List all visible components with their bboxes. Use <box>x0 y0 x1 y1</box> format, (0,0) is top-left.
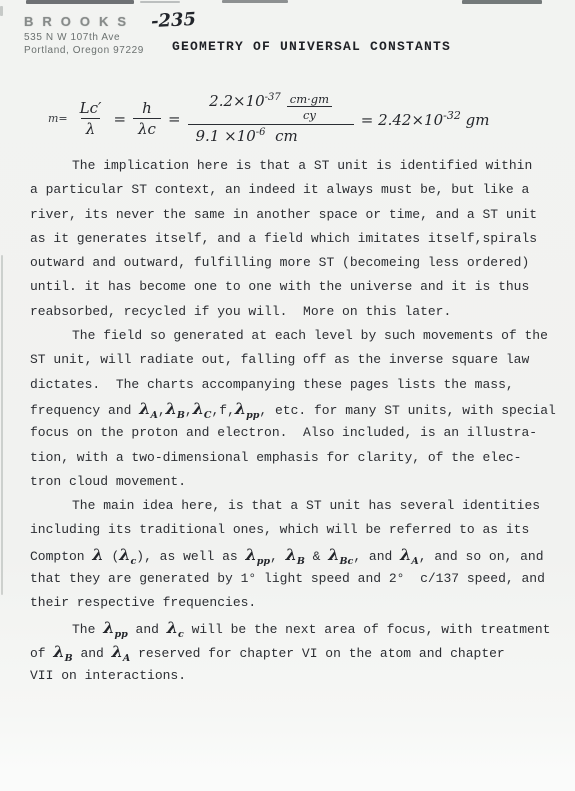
result-unit: gm <box>466 111 490 129</box>
unit-numerator: cm·gm <box>287 92 332 107</box>
stamp-address-line2: Portland, Oregon 97229 <box>24 44 196 57</box>
typewritten-line: including its traditional ones, which wi… <box>30 522 550 546</box>
typewritten-line: The main idea here, is that a ST unit ha… <box>30 498 550 522</box>
fraction-numerator: Lc′ <box>75 99 107 118</box>
scan-artifact-top-bar <box>26 0 134 4</box>
scan-artifact-top-bar <box>222 0 288 3</box>
fraction-denominator: λc <box>133 118 161 138</box>
lambda-symbol: λpp <box>103 618 128 637</box>
typewritten-line: river, its never the same in another spa… <box>30 207 550 231</box>
fraction-numerator: 2.2×10-37 cm·gm cy <box>203 92 338 124</box>
typewritten-line: The implication here is that a ST unit i… <box>30 158 550 182</box>
typewritten-line: a particular ST context, an indeed it al… <box>30 182 550 206</box>
coefficient: 2.2×10-37 <box>209 92 281 110</box>
typewritten-line: focus on the proton and electron. Also i… <box>30 425 550 449</box>
stamp-name: BROOKS <box>24 14 135 29</box>
unit-fraction: cm·gm cy <box>287 92 332 122</box>
lambda-symbol: λB <box>166 399 185 418</box>
lambda-symbol: λpp <box>235 399 260 418</box>
fraction-denominator: λ <box>81 118 101 138</box>
document-body: The implication here is that a ST unit i… <box>30 158 550 693</box>
lambda-symbol: λpp <box>245 545 270 564</box>
equation-fraction-1: Lc′ λ <box>75 99 107 138</box>
lambda-symbol: λA <box>112 642 131 661</box>
lambda-symbol: λB <box>53 642 72 661</box>
typewritten-line: reabsorbed, recycled if you will. More o… <box>30 304 550 328</box>
typewritten-line: that they are generated by 1° light spee… <box>30 571 550 595</box>
typewritten-line: The λpp and λc will be the next area of … <box>30 620 550 644</box>
equation-result: = 2.42×10-32 gm <box>361 109 490 129</box>
typewritten-line: VII on interactions. <box>30 668 550 692</box>
typewritten-line: as it generates itself, and a field whic… <box>30 231 550 255</box>
scan-artifact-top-bar <box>140 1 180 3</box>
typewritten-line: tron cloud movement. <box>30 474 550 498</box>
fraction-denominator: 9.1 ×10-6 cm <box>188 124 354 145</box>
equals-sign: = <box>168 110 181 128</box>
equation-lhs: m= <box>48 112 68 125</box>
typewritten-line: of λB and λA reserved for chapter VI on … <box>30 644 550 668</box>
typewritten-line: tion, with a two-dimensional emphasis fo… <box>30 450 550 474</box>
typewritten-line: outward and outward, fulfilling more ST … <box>30 255 550 279</box>
lambda-symbol: λC <box>193 399 212 418</box>
typewritten-line: Compton λ (λc), as well as λpp, λB & λBc… <box>30 547 550 571</box>
typewritten-line: ST unit, will radiate out, falling off a… <box>30 352 550 376</box>
lambda-symbol: λc <box>119 545 136 564</box>
lambda-symbol: λc <box>167 618 184 637</box>
lambda-symbol: λA <box>400 545 419 564</box>
scan-artifact-left-edge <box>1 255 3 595</box>
typewritten-line: The field so generated at each level by … <box>30 328 550 352</box>
lambda-symbol: λB <box>286 545 305 564</box>
equals-sign: = <box>361 111 374 129</box>
typewritten-line: until. it has become one to one with the… <box>30 279 550 303</box>
typewritten-line: frequency and λA,λB,λC,f,λpp, etc. for m… <box>30 401 550 425</box>
fraction-numerator: h <box>137 99 157 118</box>
equals-sign: = <box>113 110 126 128</box>
typewritten-line: their respective frequencies. <box>30 595 550 619</box>
equation-fraction-2: h λc <box>133 99 161 138</box>
scanned-page: BROOKS -235 535 N W 107th Ave Portland, … <box>0 0 575 791</box>
scan-artifact-corner <box>0 6 3 16</box>
scan-artifact-top-bar <box>462 0 542 4</box>
stamp-name-row: BROOKS -235 <box>24 10 196 31</box>
handwritten-number: -235 <box>150 9 196 32</box>
lambda-symbol: λBc <box>328 545 353 564</box>
lambda-symbol: λA <box>139 399 158 418</box>
unit-denominator: cy <box>303 107 316 122</box>
typewritten-line: dictates. The charts accompanying these … <box>30 377 550 401</box>
equation-fraction-3: 2.2×10-37 cm·gm cy 9.1 ×10-6 cm <box>188 92 354 145</box>
exponent: -37 <box>265 92 281 103</box>
lambda-symbol: λ <box>92 545 103 564</box>
exponent: -32 <box>443 109 461 122</box>
sender-stamp: BROOKS -235 535 N W 107th Ave Portland, … <box>24 10 196 57</box>
handwritten-equation: m= Lc′ λ = h λc = 2.2×10-37 cm·gm cy 9.1… <box>48 92 489 145</box>
exponent: -6 <box>256 127 266 138</box>
page-title: GEOMETRY OF UNIVERSAL CONSTANTS <box>172 39 451 54</box>
scan-artifact-bottom-band <box>0 751 575 791</box>
stamp-address-line1: 535 N W 107th Ave <box>24 31 196 44</box>
